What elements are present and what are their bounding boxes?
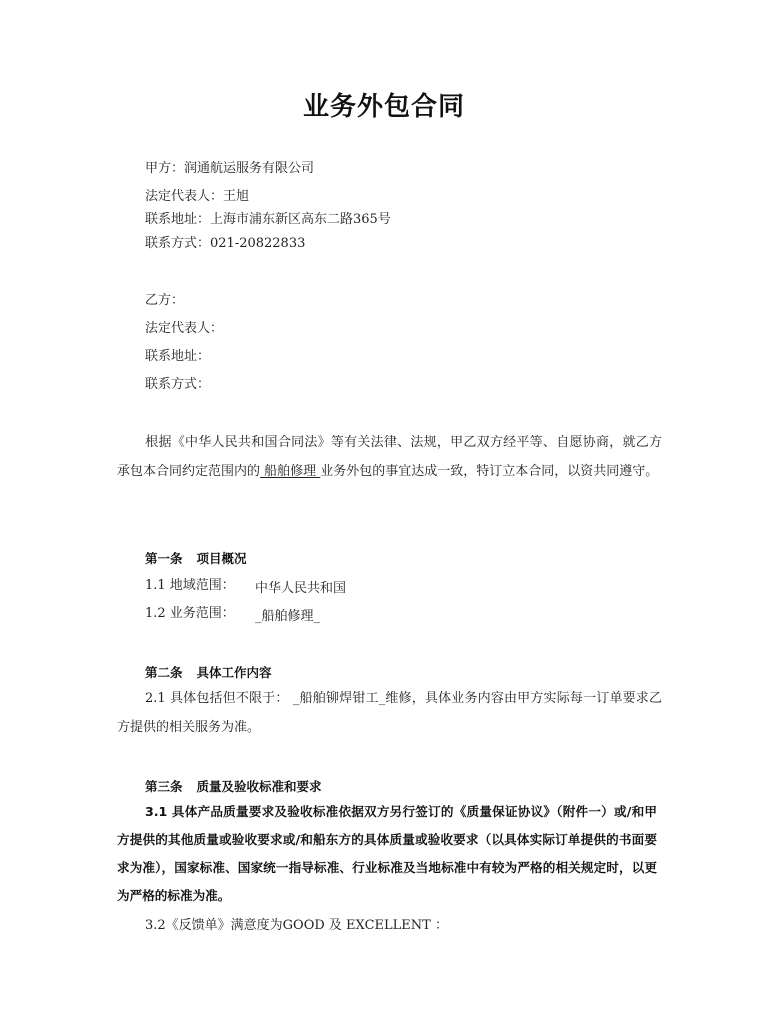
party-a-contact: 联系方式：021-20822833 bbox=[145, 235, 305, 253]
article-3-title: 质量及验收标准和要求 bbox=[197, 779, 322, 794]
article-2-number: 第二条 bbox=[145, 665, 183, 680]
preamble-text-2: 业务外包的事宜达成一致，特订立本合同，以资共同遵守。 bbox=[320, 464, 658, 479]
party-b-address: 联系地址： bbox=[145, 348, 210, 366]
contract-page: 业务外包合同 甲方：润通航运服务有限公司 法定代表人：王旭 联系地址：上海市浦东… bbox=[0, 0, 768, 1024]
article-1-title: 项目概况 bbox=[197, 551, 247, 566]
preamble-underlined-scope: 船舶修理 bbox=[260, 464, 320, 479]
clause-2-1-text: 2.1 具体包括但不限于： _船舶铆焊钳工_维修，具体业务内容由甲方实际每一订单… bbox=[117, 691, 662, 735]
clause-1-1-value: 中华人民共和国 bbox=[255, 577, 346, 596]
party-b-contact: 联系方式： bbox=[145, 376, 210, 394]
article-2-title: 具体工作内容 bbox=[197, 665, 272, 680]
clause-3-1: 3.1 具体产品质量要求及验收标准依据双方另行签订的《质量保证协议》（附件一）或… bbox=[117, 798, 657, 910]
party-a-name: 甲方：润通航运服务有限公司 bbox=[145, 160, 314, 178]
clause-2-1: 2.1 具体包括但不限于： _船舶铆焊钳工_维修，具体业务内容由甲方实际每一订单… bbox=[117, 684, 662, 742]
clause-1-2-label: 1.2 业务范围： bbox=[145, 605, 235, 623]
article-3-number: 第三条 bbox=[145, 779, 183, 794]
party-a-address: 联系地址：上海市浦东新区高东二路365号 bbox=[145, 211, 391, 229]
clause-1-2-value: _船舶修理_ bbox=[255, 605, 320, 624]
article-2-heading: 第二条具体工作内容 bbox=[145, 663, 272, 681]
document-title: 业务外包合同 bbox=[0, 86, 768, 123]
party-a-representative: 法定代表人：王旭 bbox=[145, 188, 249, 206]
clause-3-2: 3.2《反馈单》满意度为GOOD 及 EXCELLENT ： bbox=[145, 917, 448, 935]
article-3-heading: 第三条质量及验收标准和要求 bbox=[145, 777, 322, 795]
clause-1-1-label: 1.1 地域范围： bbox=[145, 577, 235, 595]
article-1-number: 第一条 bbox=[145, 551, 183, 566]
clause-3-1-text: 3.1 具体产品质量要求及验收标准依据双方另行签订的《质量保证协议》（附件一）或… bbox=[117, 804, 657, 903]
party-b-name: 乙方： bbox=[145, 292, 184, 310]
preamble-paragraph: 根据《中华人民共和国合同法》等有关法律、法规，甲乙双方经平等、自愿协商，就乙方承… bbox=[117, 428, 662, 486]
article-1-heading: 第一条项目概况 bbox=[145, 549, 247, 567]
party-b-representative: 法定代表人： bbox=[145, 320, 223, 338]
